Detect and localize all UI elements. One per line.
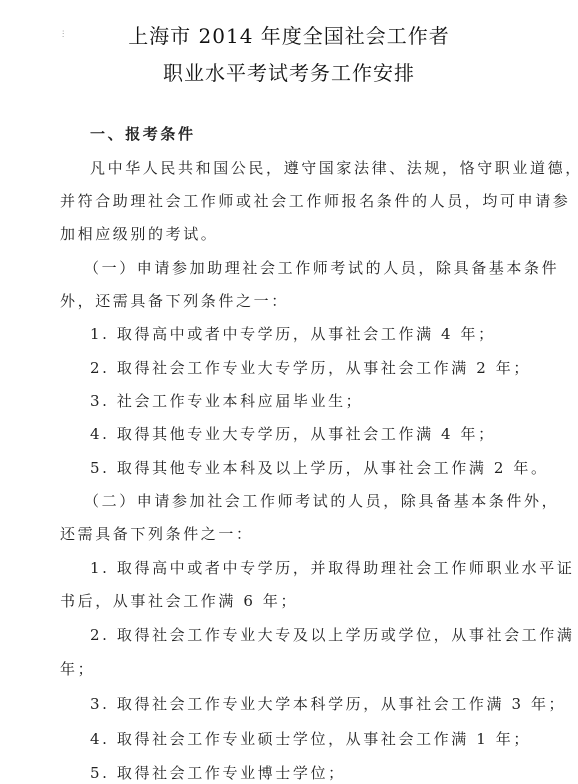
- list-item: 1. 取得高中或者中专学历，并取得助理社会工作师职业水平证: [90, 557, 574, 578]
- list-item: 3. 社会工作专业本科应届毕业生；: [90, 390, 363, 411]
- subsection-heading: （二）申请参加社会工作师考试的人员，除具备基本条件外，: [84, 490, 559, 511]
- list-item: 4. 取得社会工作专业硕士学位，从事社会工作满 1 年；: [90, 728, 531, 749]
- list-item: 3. 取得社会工作专业大学本科学历，从事社会工作满 3 年；: [90, 693, 566, 714]
- list-item: 年；: [60, 658, 95, 679]
- paragraph-line: 并符合助理社会工作师或社会工作师报名条件的人员，均可申请参: [60, 190, 570, 211]
- list-item: 2. 取得社会工作专业大专学历，从事社会工作满 2 年；: [90, 357, 531, 378]
- list-item: 5. 取得社会工作专业博士学位；: [90, 762, 346, 783]
- subsection-heading: （一）申请参加助理社会工作师考试的人员，除具备基本条件: [84, 257, 559, 278]
- list-item: 2. 取得社会工作专业大专及以上学历或学位，从事社会工作满 4: [90, 624, 578, 645]
- paragraph-line: 凡中华人民共和国公民，遵守国家法律、法规，恪守职业道德，: [90, 157, 578, 178]
- list-item: 5. 取得其他专业本科及以上学历，从事社会工作满 2 年。: [90, 457, 549, 478]
- list-item: 4. 取得其他专业大专学历，从事社会工作满 4 年；: [90, 423, 496, 444]
- subsection-heading: 外，还需具备下列条件之一：: [60, 290, 289, 311]
- subsection-heading: 还需具备下列条件之一：: [60, 523, 254, 544]
- list-item: 1. 取得高中或者中专学历，从事社会工作满 4 年；: [90, 323, 496, 344]
- document-title-line-1: 上海市 2014 年度全国社会工作者: [0, 20, 578, 49]
- list-item: 书后，从事社会工作满 6 年；: [60, 590, 298, 611]
- document-title-line-2: 职业水平考试考务工作安排: [0, 57, 578, 86]
- section-heading: 一、报考条件: [90, 123, 196, 144]
- paragraph-line: 加相应级别的考试。: [60, 223, 218, 244]
